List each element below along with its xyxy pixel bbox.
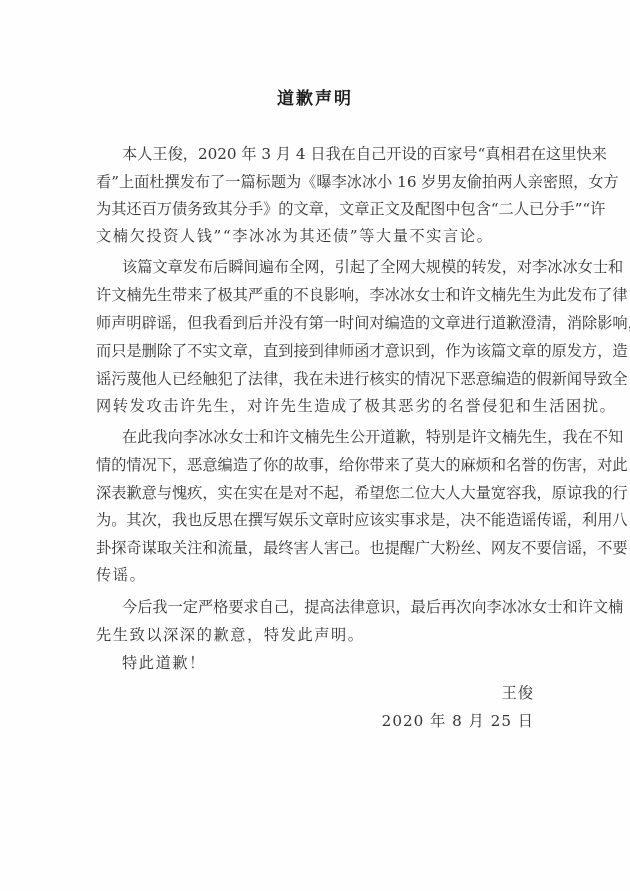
paragraph-2-line-3: 师声明辟谣，但我看到后并没有第一时间对编造的文章进行道歉澄清，消除影响，	[96, 313, 536, 333]
paragraph-3-line-5: 卦探奇谋取关注和流量，最终害人害己。也提醒广大粉丝、网友不要信谣，不要	[96, 538, 536, 558]
paragraph-2-line-6: 网转发攻击许先生，对许先生造成了极其恶劣的名誉侵犯和生活困扰。	[96, 396, 536, 416]
paragraph-1-line-2: 看”上面杜撰发布了一篇标题为《曝李冰冰小 16 岁男友偷拍两人亲密照，女方	[96, 172, 536, 192]
document-title: 道歉声明	[0, 84, 630, 109]
document-page: 道歉声明 本人王俊，2020 年 3 月 4 日我在自己开设的百家号“真相君在这…	[0, 0, 630, 891]
paragraph-3-line-4: 为。其次，我也反思在撰写娱乐文章时应该实事求是，决不能造谣传谣，利用八	[96, 510, 536, 530]
paragraph-4-line-1: 今后我一定严格要求自己，提高法律意识，最后再次向李冰冰女士和许文楠	[122, 597, 536, 617]
signature-name: 王俊	[502, 683, 534, 703]
paragraph-2-line-5: 谣污蔑他人已经触犯了法律，我在未进行核实的情况下恶意编造的假新闻导致全	[96, 369, 536, 389]
paragraph-2-line-1: 该篇文章发布后瞬间遍布全网，引起了全网大规模的转发，对李冰冰女士和	[122, 257, 536, 277]
paragraph-1-line-1: 本人王俊，2020 年 3 月 4 日我在自己开设的百家号“真相君在这里快来	[122, 144, 536, 164]
paragraph-3-line-1: 在此我向李冰冰女士和许文楠先生公开道歉，特别是许文楠先生，我在不知	[122, 427, 536, 447]
paragraph-1-line-4: 文楠欠投资人钱”“李冰冰为其还债”等大量不实言论。	[96, 226, 536, 246]
closing-line: 特此道歉！	[122, 653, 536, 673]
paragraph-3-line-3: 深表歉意与愧疚，实在实在是对不起，希望您二位大人大量宽容我，原谅我的行	[96, 483, 536, 503]
paragraph-3-line-6: 传谣。	[96, 565, 536, 585]
paragraph-4-line-2: 先生致以深深的歉意，特发此声明。	[96, 625, 536, 645]
paragraph-1-line-3: 为其还百万债务致其分手》的文章，文章正文及配图中包含“二人已分手”“许	[96, 199, 536, 219]
paragraph-2-line-2: 许文楠先生带来了极其严重的不良影响，李冰冰女士和许文楠先生为此发布了律	[96, 285, 536, 305]
signature-date: 2020 年 8 月 25 日	[382, 711, 534, 731]
paragraph-3-line-2: 情的情况下，恶意编造了你的故事，给你带来了莫大的麻烦和名誉的伤害，对此	[96, 455, 536, 475]
paragraph-2-line-4: 而只是删除了不实文章，直到接到律师函才意识到，作为该篇文章的原发方，造	[96, 341, 536, 361]
